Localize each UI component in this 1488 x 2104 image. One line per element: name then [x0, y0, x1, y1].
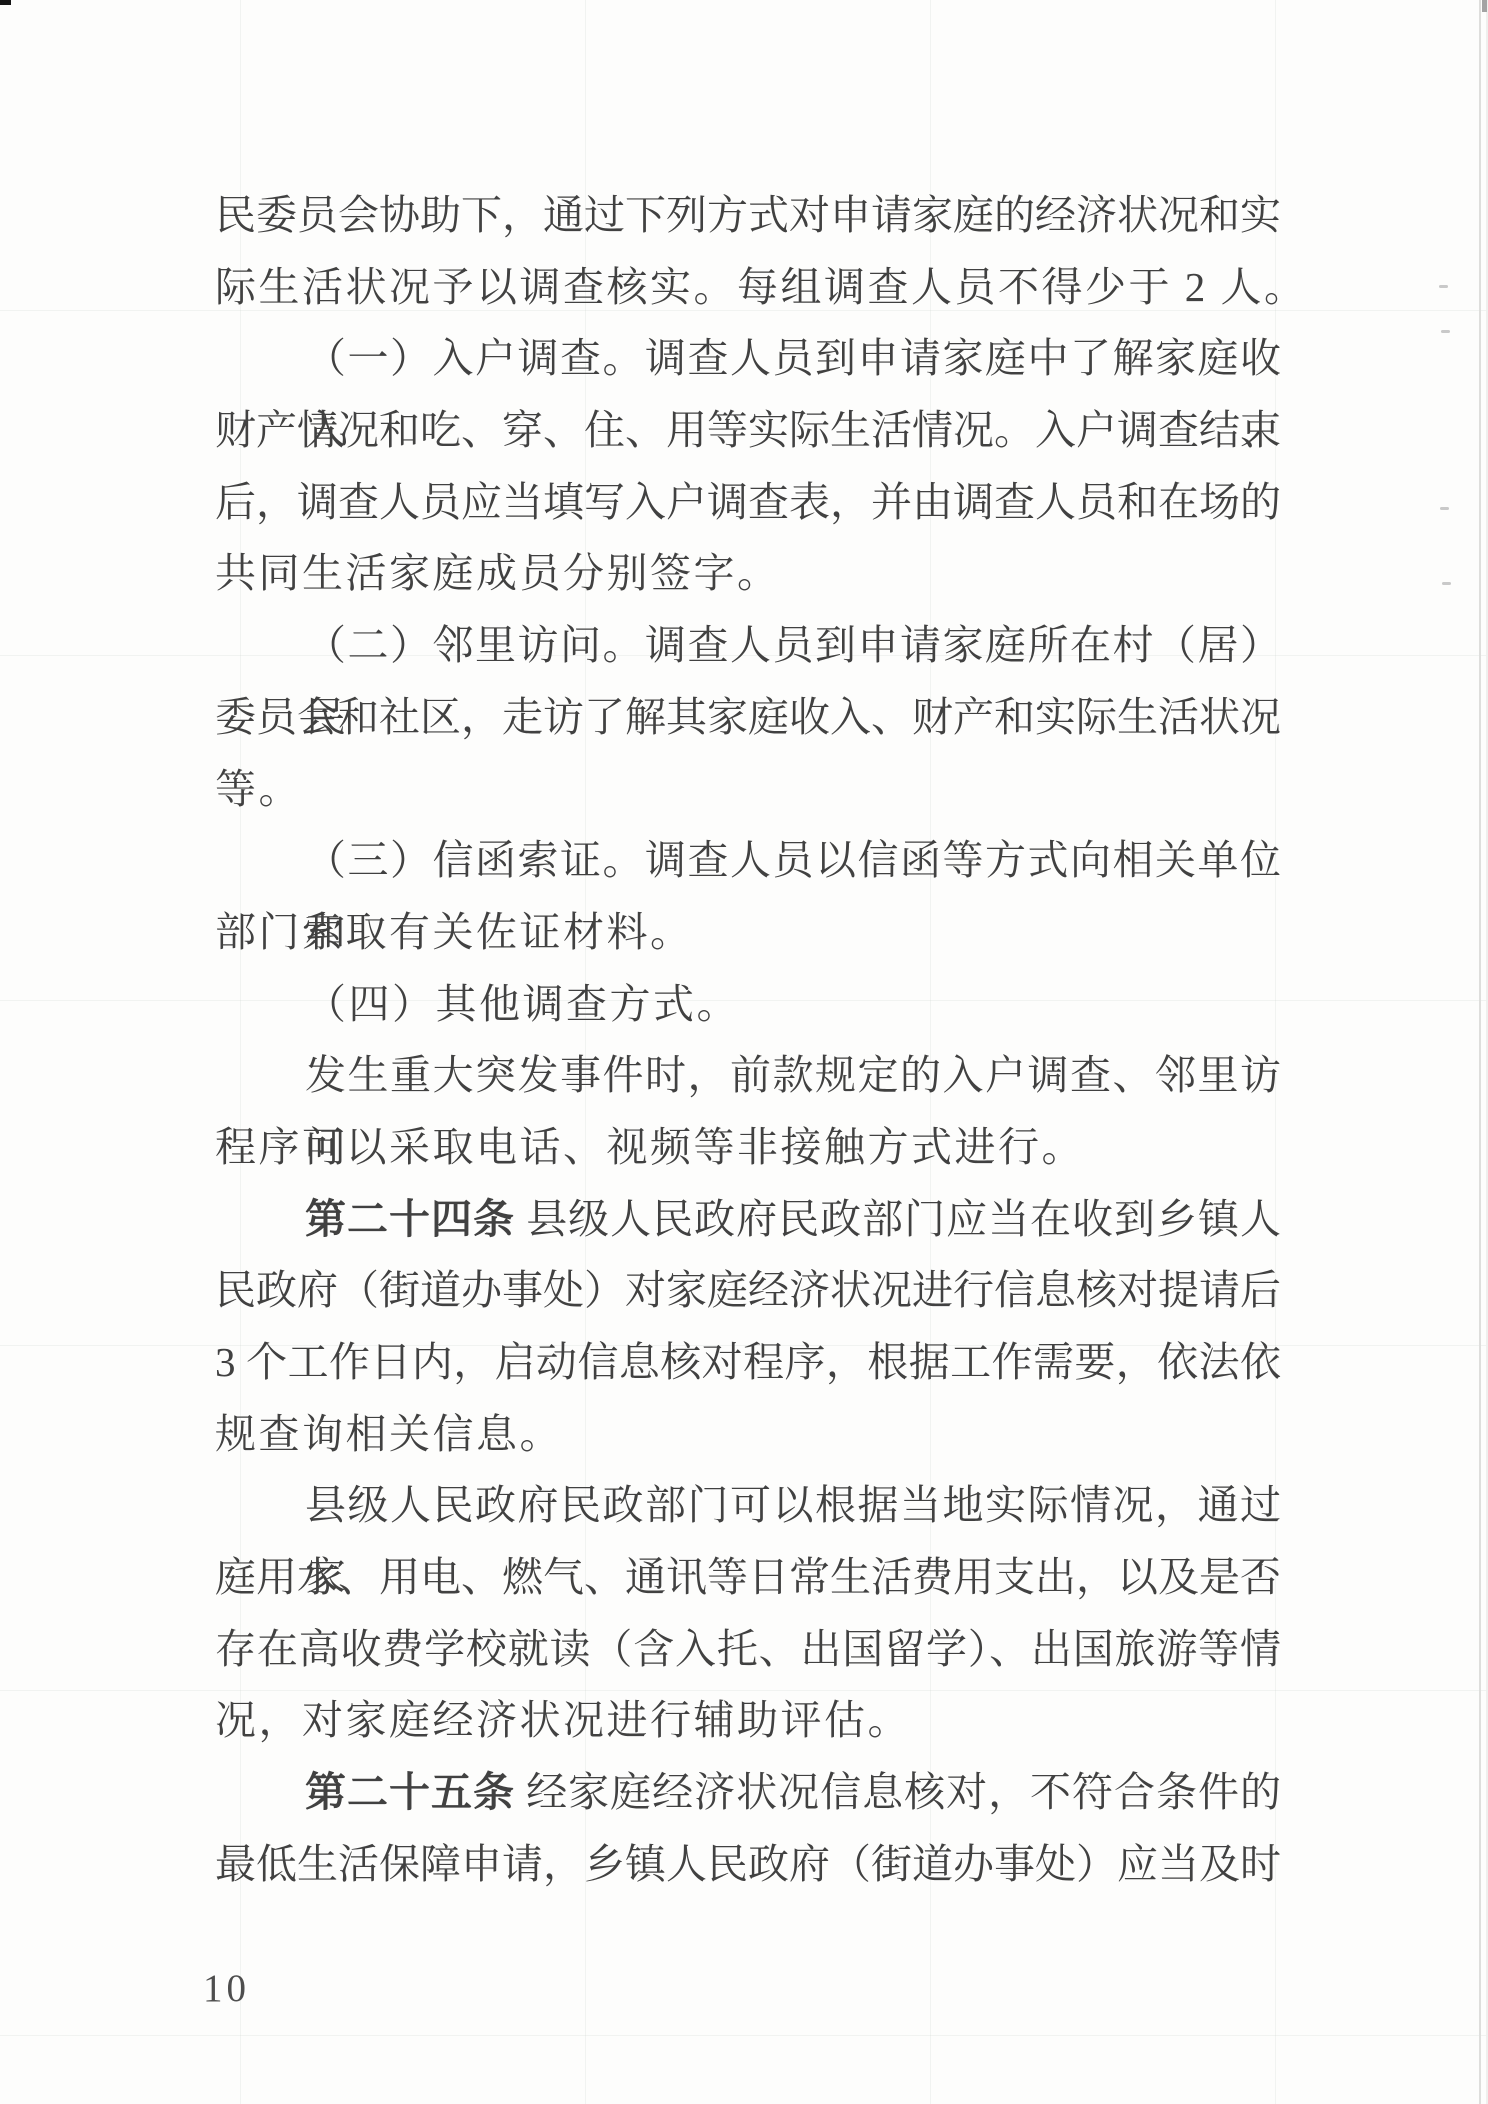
text-line: 程序可以采取电话、视频等非接触方式进行。 [215, 1112, 1281, 1184]
text-line: 发生重大突发事件时，前款规定的入户调查、邻里访问 [215, 1040, 1281, 1112]
text-line: 县级人民政府民政部门可以根据当地实际情况，通过家 [215, 1470, 1281, 1542]
text-line: （二）邻里访问。调查人员到申请家庭所在村（居）民 [215, 610, 1281, 682]
article-text: 经家庭经济状况信息核对，不符合条件的 [515, 1769, 1281, 1815]
scan-artifact-speck [1439, 285, 1448, 288]
text-line: 共同生活家庭成员分别签字。 [215, 538, 1281, 610]
article-number: 第二十四条 [305, 1196, 515, 1242]
text-line: 等。 [215, 754, 1281, 826]
text-line: 存在高收费学校就读（含入托、出国留学）、出国旅游等情 [215, 1614, 1281, 1686]
text-line: 庭用水、用电、燃气、通讯等日常生活费用支出，以及是否 [215, 1542, 1281, 1614]
text-line: （一）入户调查。调查人员到申请家庭中了解家庭收入、 [215, 323, 1281, 395]
page-number: 10 [203, 1966, 250, 2011]
text-line: 民委员会协助下，通过下列方式对申请家庭的经济状况和实 [215, 180, 1281, 252]
scan-artifact-speck [1440, 507, 1449, 510]
text-line: 后，调查人员应当填写入户调查表，并由调查人员和在场的 [215, 467, 1281, 539]
article-number: 第二十五条 [305, 1769, 515, 1815]
text-line: 财产情况和吃、穿、住、用等实际生活情况。入户调查结束 [215, 395, 1281, 467]
text-line: 际生活状况予以调查核实。每组调查人员不得少于 2 人。 [215, 252, 1281, 324]
text-line: （三）信函索证。调查人员以信函等方式向相关单位和 [215, 825, 1281, 897]
scan-artifact-corner [0, 0, 11, 5]
scan-artifact-speck [1442, 582, 1451, 585]
article-text: 县级人民政府民政部门应当在收到乡镇人 [515, 1196, 1281, 1242]
text-line: 第二十四条 县级人民政府民政部门应当在收到乡镇人 [215, 1184, 1281, 1256]
scan-artifact-edge-tick [1482, 0, 1487, 12]
text-line: 规查询相关信息。 [215, 1399, 1281, 1471]
text-line: 民政府（街道办事处）对家庭经济状况进行信息核对提请后 [215, 1255, 1281, 1327]
document-body: 民委员会协助下，通过下列方式对申请家庭的经济状况和实 际生活状况予以调查核实。每… [215, 180, 1281, 1901]
text-line: 部门索取有关佐证材料。 [215, 897, 1281, 969]
document-page: 民委员会协助下，通过下列方式对申请家庭的经济状况和实 际生活状况予以调查核实。每… [0, 0, 1488, 2104]
text-line: 3 个工作日内，启动信息核对程序，根据工作需要，依法依 [215, 1327, 1281, 1399]
page-edge-shadow [1479, 0, 1481, 2104]
text-line: 况，对家庭经济状况进行辅助评估。 [215, 1685, 1281, 1757]
text-line: 第二十五条 经家庭经济状况信息核对，不符合条件的 [215, 1757, 1281, 1829]
scan-artifact-speck [1441, 330, 1450, 333]
text-line: 最低生活保障申请，乡镇人民政府（街道办事处）应当及时 [215, 1829, 1281, 1901]
text-line: （四）其他调查方式。 [215, 969, 1281, 1041]
text-line: 委员会和社区，走访了解其家庭收入、财产和实际生活状况 [215, 682, 1281, 754]
